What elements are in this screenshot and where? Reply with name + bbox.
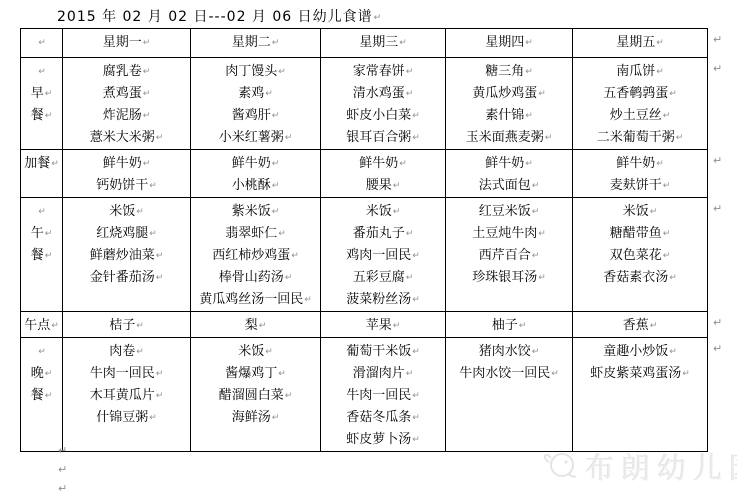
- meal-label-cell: ↵早↵餐↵: [21, 58, 63, 150]
- menu-cell-早餐-day2: 肉丁馒头↵素鸡↵酱鸡肝↵小米红薯粥↵: [191, 58, 321, 150]
- dish-text: 童趣小炒饭: [603, 344, 668, 359]
- dish: 腰果↵: [321, 175, 445, 197]
- dish-text: 葡萄干米饭: [346, 344, 411, 359]
- menu-cell-晚餐-day2: 米饭↵酱爆鸡丁↵醋溜圆白菜↵海鲜汤↵: [191, 338, 321, 452]
- meal-label-char: 餐↵: [21, 105, 62, 127]
- dish-text: 二米葡萄干粥: [597, 130, 675, 145]
- dish-text: 清水鸡蛋: [353, 86, 405, 101]
- meal-label-cell: ↵午↵餐↵: [21, 198, 63, 312]
- paragraph-mark-icon: ↵: [650, 321, 658, 331]
- paragraph-mark-icon: ↵: [272, 181, 280, 191]
- menu-table: ↵星期一↵星期二↵星期三↵星期四↵星期五↵ ↵早↵餐↵腐乳卷↵煮鸡蛋↵炸泥肠↵薏…: [20, 28, 708, 452]
- dish-text: 虾皮紫菜鸡蛋汤: [590, 366, 681, 381]
- paragraph-mark-icon: ↵: [156, 273, 164, 283]
- dish-text: 钙奶饼干: [96, 178, 148, 193]
- blank-line: ↵: [21, 201, 62, 223]
- dish: 黄瓜鸡丝汤一回民↵: [191, 289, 320, 311]
- dish: 菠菜粉丝汤↵: [321, 289, 445, 311]
- dish: 虾皮萝卜汤↵: [321, 429, 445, 451]
- dish: 米饭↵: [321, 201, 445, 223]
- paragraph-mark-icon: ↵: [149, 229, 157, 239]
- paragraph-mark-icon: ↵: [399, 159, 407, 169]
- blank-line: ↵: [21, 61, 62, 83]
- dish-text: 小米红薯粥: [219, 130, 284, 145]
- dish: 薏米大米粥↵: [63, 127, 190, 149]
- dish: 梨↵: [191, 315, 320, 337]
- dish-text: 柚子: [492, 318, 518, 333]
- dish: 牛肉一回民↵: [321, 385, 445, 407]
- dish-text: 米饭: [238, 344, 264, 359]
- dish-text: 鲜牛奶: [103, 156, 142, 171]
- watermark-text: 布朗幼儿园: [585, 446, 737, 487]
- paragraph-mark-icon: ↵: [682, 369, 690, 379]
- dish: 素鸡↵: [191, 83, 320, 105]
- menu-cell-晚餐-day1: 肉卷↵牛肉一回民↵木耳黄瓜片↵什锦豆粥↵: [63, 338, 191, 452]
- dish: 米饭↵: [191, 341, 320, 363]
- meal-row-午点: 午点↵桔子↵梨↵苹果↵柚子↵香蕉↵: [21, 312, 708, 338]
- dish: 二米葡萄干粥↵: [573, 127, 707, 149]
- paragraph-mark-icon: ↵: [551, 369, 559, 379]
- dish: 苹果↵: [321, 315, 445, 337]
- dish-text: 肉丁馒头: [225, 64, 277, 79]
- dish: 清水鸡蛋↵: [321, 83, 445, 105]
- meal-label-char: 晚↵: [21, 363, 62, 385]
- dish: 双色菜花↵: [573, 245, 707, 267]
- day-header-3: 星期三↵: [321, 29, 446, 58]
- dish-text: 金针番茄汤: [90, 270, 155, 285]
- dish: 炸泥肠↵: [63, 105, 190, 127]
- meal-label-char: 餐↵: [21, 385, 62, 407]
- dish-text: 餐: [31, 248, 44, 263]
- paragraph-mark-icon: ↵: [663, 229, 671, 239]
- paragraph-mark-icon: ↵: [532, 181, 540, 191]
- paragraph-mark-icon: ↵: [713, 202, 722, 215]
- dish-text: 香菇冬瓜条: [346, 410, 411, 425]
- dish: 小米红薯粥↵: [191, 127, 320, 149]
- dish: 南瓜饼↵: [573, 61, 707, 83]
- paragraph-mark-icon: ↵: [374, 13, 383, 23]
- paragraph-mark-icon: ↵: [272, 413, 280, 423]
- paragraph-mark-icon: ↵: [45, 111, 53, 121]
- dish: 红烧鸡腿↵: [63, 223, 190, 245]
- paragraph-mark-icon: ↵: [143, 159, 151, 169]
- paragraph-mark-icon: ↵: [393, 321, 401, 331]
- paragraph-mark-icon: ↵: [143, 111, 151, 121]
- paragraph-mark-icon: ↵: [412, 111, 420, 121]
- header-row: ↵星期一↵星期二↵星期三↵星期四↵星期五↵: [21, 29, 708, 58]
- dish: 金针番茄汤↵: [63, 267, 190, 289]
- paragraph-mark-icon: ↵: [532, 207, 540, 217]
- dish-text: 素鸡: [238, 86, 264, 101]
- paragraph-mark-icon: ↵: [143, 67, 151, 77]
- dish-text: 番茄丸子: [353, 226, 405, 241]
- dish-text: 加餐: [24, 156, 50, 171]
- document-page: 2015 年 02 月 02 日---02 月 06 日幼儿食谱↵ ↵星期一↵星…: [0, 0, 737, 493]
- paragraph-mark-icon: ↵: [156, 369, 164, 379]
- paragraph-mark-icon: ↵: [156, 391, 164, 401]
- dish: 钙奶饼干↵: [63, 175, 190, 197]
- paragraph-mark-icon: ↵: [412, 295, 420, 305]
- paragraph-mark-icon: ↵: [38, 347, 46, 357]
- dish-text: 午点: [24, 318, 50, 333]
- dish: 鲜牛奶↵: [321, 153, 445, 175]
- dish-text: 腐乳卷: [103, 64, 142, 79]
- dish: 什锦豆粥↵: [63, 407, 190, 429]
- paragraph-mark-icon: ↵: [669, 347, 677, 357]
- paragraph-mark-icon: ↵: [525, 38, 533, 48]
- dish-text: 炒土豆丝: [610, 108, 662, 123]
- menu-cell-晚餐-day5: 童趣小炒饭↵虾皮紫菜鸡蛋汤↵: [573, 338, 708, 452]
- paragraph-mark-icon: ↵: [143, 38, 151, 48]
- paragraph-mark-icon: ↵: [663, 111, 671, 121]
- dish-text: 虾皮小白菜: [346, 108, 411, 123]
- dish-text: 牛肉水饺一回民: [459, 366, 550, 381]
- dish: 米饭↵: [573, 201, 707, 223]
- dish-text: 梨: [245, 318, 258, 333]
- paragraph-mark-icon: ↵: [45, 89, 53, 99]
- day-header-text: 星期三: [359, 35, 398, 50]
- dish-text: 棒骨山药汤: [219, 270, 284, 285]
- paragraph-mark-icon: ↵: [45, 229, 53, 239]
- paragraph-mark-icon: ↵: [525, 67, 533, 77]
- dish-text: 珍珠银耳汤: [472, 270, 537, 285]
- meal-label-char: 早↵: [21, 83, 62, 105]
- dish-text: 虾皮萝卜汤: [346, 432, 411, 447]
- menu-cell-早餐-day1: 腐乳卷↵煮鸡蛋↵炸泥肠↵薏米大米粥↵: [63, 58, 191, 150]
- dish: 虾皮小白菜↵: [321, 105, 445, 127]
- paragraph-mark-icon: ↵: [412, 391, 420, 401]
- paragraph-mark-icon: ↵: [45, 391, 53, 401]
- menu-table-header: ↵星期一↵星期二↵星期三↵星期四↵星期五↵: [21, 29, 708, 58]
- dish: 童趣小炒饭↵: [573, 341, 707, 363]
- dish-text: 餐: [31, 388, 44, 403]
- menu-cell-晚餐-day3: 葡萄干米饭↵滑溜肉片↵牛肉一回民↵香菇冬瓜条↵虾皮萝卜汤↵: [321, 338, 446, 452]
- dish: 牛肉一回民↵: [63, 363, 190, 385]
- paragraph-mark-icon: ↵: [713, 154, 722, 167]
- dish-text: 素什锦: [485, 108, 524, 123]
- paragraph-mark-icon: ↵: [663, 251, 671, 261]
- dish: 翡翠虾仁↵: [191, 223, 320, 245]
- dish-text: 木耳黄瓜片: [90, 388, 155, 403]
- menu-cell-加餐-day2: 鲜牛奶↵小桃酥↵: [191, 150, 321, 198]
- dish: 鲜牛奶↵: [573, 153, 707, 175]
- dish: 滑溜肉片↵: [321, 363, 445, 385]
- dish-text: 餐: [31, 108, 44, 123]
- dish-text: 紫米饭: [232, 204, 271, 219]
- menu-cell-午餐-day5: 米饭↵糖醋带鱼↵双色菜花↵香菇素衣汤↵: [573, 198, 708, 312]
- dish-text: 南瓜饼: [616, 64, 655, 79]
- dish: 香菇素衣汤↵: [573, 267, 707, 289]
- meal-row-早餐: ↵早↵餐↵腐乳卷↵煮鸡蛋↵炸泥肠↵薏米大米粥↵肉丁馒头↵素鸡↵酱鸡肝↵小米红薯粥…: [21, 58, 708, 150]
- meal-label-cell: 午点↵: [21, 312, 63, 338]
- dish-text: 炸泥肠: [103, 108, 142, 123]
- dish-text: 苹果: [366, 318, 392, 333]
- dish-text: 法式面包: [479, 178, 531, 193]
- paragraph-mark-icon: ↵: [272, 38, 280, 48]
- dish-text: 牛肉一回民: [346, 388, 411, 403]
- meal-label-cell: 加餐↵: [21, 150, 63, 198]
- menu-cell-午点-day2: 梨↵: [191, 312, 321, 338]
- dish-text: 米饭: [366, 204, 392, 219]
- day-header-text: 星期五: [616, 35, 655, 50]
- paragraph-mark-icon: ↵: [38, 67, 46, 77]
- dish-text: 煮鸡蛋: [103, 86, 142, 101]
- dish-text: 什锦豆粥: [96, 410, 148, 425]
- menu-table-body: ↵早↵餐↵腐乳卷↵煮鸡蛋↵炸泥肠↵薏米大米粥↵肉丁馒头↵素鸡↵酱鸡肝↵小米红薯粥…: [21, 58, 708, 452]
- menu-cell-午点-day1: 桔子↵: [63, 312, 191, 338]
- paragraph-mark-icon: ↵: [285, 133, 293, 143]
- meal-row-晚餐: ↵晚↵餐↵肉卷↵牛肉一回民↵木耳黄瓜片↵什锦豆粥↵米饭↵酱爆鸡丁↵醋溜圆白菜↵海…: [21, 338, 708, 452]
- dish-text: 海鲜汤: [232, 410, 271, 425]
- paragraph-mark-icon: ↵: [136, 347, 144, 357]
- dish: 棒骨山药汤↵: [191, 267, 320, 289]
- dish-text: 红豆米饭: [479, 204, 531, 219]
- menu-cell-加餐-day1: 鲜牛奶↵钙奶饼干↵: [63, 150, 191, 198]
- dish: 五香鹌鹑蛋↵: [573, 83, 707, 105]
- paragraph-mark-icon: ↵: [136, 207, 144, 217]
- dish: 柚子↵: [446, 315, 572, 337]
- dish-text: 猪肉水饺: [479, 344, 531, 359]
- dish: 五彩豆腐↵: [321, 267, 445, 289]
- blank-line: ↵: [21, 341, 62, 363]
- dish-text: 银耳百合粥: [346, 130, 411, 145]
- dish: 西红柿炒鸡蛋↵: [191, 245, 320, 267]
- dish: 红豆米饭↵: [446, 201, 572, 223]
- paragraph-mark-icon: ↵: [38, 38, 46, 48]
- dish: 银耳百合粥↵: [321, 127, 445, 149]
- paragraph-mark-icon: ↵: [713, 342, 722, 355]
- dish: 米饭↵: [63, 201, 190, 223]
- corner-cell: ↵: [21, 29, 63, 58]
- dish-text: 桔子: [109, 318, 135, 333]
- paragraph-mark-icon: ↵: [265, 347, 273, 357]
- dish: 家常春饼↵: [321, 61, 445, 83]
- dish: 香菇冬瓜条↵: [321, 407, 445, 429]
- dish-text: 翡翠虾仁: [225, 226, 277, 241]
- menu-cell-晚餐-day4: 猪肉水饺↵牛肉水饺一回民↵: [446, 338, 573, 452]
- paragraph-mark-icon: ↵: [713, 316, 722, 329]
- dish: 麦麸饼干↵: [573, 175, 707, 197]
- paragraph-mark-icon: ↵: [538, 89, 546, 99]
- day-header-text: 星期一: [103, 35, 142, 50]
- paragraph-mark-icon: ↵: [291, 251, 299, 261]
- paragraph-mark-icon: ↵: [656, 67, 664, 77]
- dish: 黄瓜炒鸡蛋↵: [446, 83, 572, 105]
- meal-label-cell: ↵晚↵餐↵: [21, 338, 63, 452]
- paragraph-mark-icon: ↵: [532, 251, 540, 261]
- dish-text: 双色菜花: [610, 248, 662, 263]
- paragraph-mark-icon: ↵: [278, 67, 286, 77]
- menu-cell-午餐-day2: 紫米饭↵翡翠虾仁↵西红柿炒鸡蛋↵棒骨山药汤↵黄瓜鸡丝汤一回民↵: [191, 198, 321, 312]
- paragraph-mark-icon: ↵: [412, 435, 420, 445]
- day-header-5: 星期五↵: [573, 29, 708, 58]
- paragraph-mark-icon: ↵: [45, 251, 53, 261]
- dish: 法式面包↵: [446, 175, 572, 197]
- dish: 鸡肉一回民↵: [321, 245, 445, 267]
- meal-label-char: 午↵: [21, 223, 62, 245]
- dish-text: 家常春饼: [353, 64, 405, 79]
- menu-cell-午餐-day4: 红豆米饭↵土豆炖牛肉↵西芹百合↵珍珠银耳汤↵: [446, 198, 573, 312]
- dish-text: 牛肉一回民: [90, 366, 155, 381]
- paragraph-mark-icon: ↵: [412, 251, 420, 261]
- dish: 葡萄干米饭↵: [321, 341, 445, 363]
- dish: 虾皮紫菜鸡蛋汤↵: [573, 363, 707, 385]
- dish: 炒土豆丝↵: [573, 105, 707, 127]
- paragraph-mark-icon: ↵: [304, 295, 312, 305]
- dish-text: 鲜牛奶: [485, 156, 524, 171]
- paragraph-mark-icon: ↵: [265, 89, 273, 99]
- paragraph-mark-icon: ↵: [272, 111, 280, 121]
- paragraph-mark-icon: ↵: [669, 273, 677, 283]
- paragraph-mark-icon: ↵: [51, 321, 59, 331]
- paragraph-mark-icon: ↵: [278, 369, 286, 379]
- paragraph-mark-icon: ↵: [393, 181, 401, 191]
- page-title-text: 2015 年 02 月 02 日---02 月 06 日幼儿食谱: [57, 9, 373, 25]
- dish-text: 晚: [31, 366, 44, 381]
- paragraph-mark-icon: ↵: [676, 133, 684, 143]
- dish: 醋溜圆白菜↵: [191, 385, 320, 407]
- menu-cell-加餐-day5: 鲜牛奶↵麦麸饼干↵: [573, 150, 708, 198]
- dish-text: 米饭: [109, 204, 135, 219]
- paragraph-mark-icon: ↵: [669, 89, 677, 99]
- dish: 珍珠银耳汤↵: [446, 267, 572, 289]
- dish: 鲜牛奶↵: [446, 153, 572, 175]
- dish-text: 肉卷: [109, 344, 135, 359]
- dish: 玉米面燕麦粥↵: [446, 127, 572, 149]
- day-header-text: 星期四: [485, 35, 524, 50]
- dish: 糖醋带鱼↵: [573, 223, 707, 245]
- menu-cell-早餐-day3: 家常春饼↵清水鸡蛋↵虾皮小白菜↵银耳百合粥↵: [321, 58, 446, 150]
- day-header-2: 星期二↵: [191, 29, 321, 58]
- paragraph-mark-icon: ↵: [156, 133, 164, 143]
- menu-cell-加餐-day4: 鲜牛奶↵法式面包↵: [446, 150, 573, 198]
- paragraph-mark-icon: ↵: [136, 321, 144, 331]
- dish: 鲜牛奶↵: [191, 153, 320, 175]
- dish-text: 玉米面燕麦粥: [466, 130, 544, 145]
- dish-text: 米饭: [623, 204, 649, 219]
- dish-text: 黄瓜鸡丝汤一回民: [199, 292, 303, 307]
- dish-text: 鲜牛奶: [616, 156, 655, 171]
- dish: 木耳黄瓜片↵: [63, 385, 190, 407]
- menu-cell-早餐-day5: 南瓜饼↵五香鹌鹑蛋↵炒土豆丝↵二米葡萄干粥↵: [573, 58, 708, 150]
- meal-label-char: 餐↵: [21, 245, 62, 267]
- paragraph-mark-icon: ↵: [650, 207, 658, 217]
- dish-text: 鲜牛奶: [232, 156, 271, 171]
- paragraph-mark-icon: ↵: [149, 413, 157, 423]
- paragraph-mark-icon: ↵: [259, 321, 267, 331]
- dish-text: 早: [31, 86, 44, 101]
- paragraph-mark-icon: ↵: [663, 181, 671, 191]
- paragraph-mark-icon: ↵: [713, 62, 722, 75]
- paragraph-mark-icon: ↵: [656, 159, 664, 169]
- paragraph-mark-icon: ↵: [38, 207, 46, 217]
- paragraph-mark-icon: ↵: [58, 444, 67, 457]
- dish-text: 酱鸡肝: [232, 108, 271, 123]
- dish-text: 五彩豆腐: [353, 270, 405, 285]
- dish: 酱鸡肝↵: [191, 105, 320, 127]
- paragraph-mark-icon: ↵: [713, 33, 722, 46]
- day-header-4: 星期四↵: [446, 29, 573, 58]
- dish: 煮鸡蛋↵: [63, 83, 190, 105]
- paragraph-mark-icon: ↵: [525, 159, 533, 169]
- dish: 海鲜汤↵: [191, 407, 320, 429]
- menu-cell-午餐-day3: 米饭↵番茄丸子↵鸡肉一回民↵五彩豆腐↵菠菜粉丝汤↵: [321, 198, 446, 312]
- dish-text: 滑溜肉片: [353, 366, 405, 381]
- paragraph-mark-icon: ↵: [278, 229, 286, 239]
- dish-text: 黄瓜炒鸡蛋: [472, 86, 537, 101]
- menu-cell-午点-day3: 苹果↵: [321, 312, 446, 338]
- paragraph-mark-icon: ↵: [406, 89, 414, 99]
- paragraph-mark-icon: ↵: [412, 413, 420, 423]
- dish: 鲜牛奶↵: [63, 153, 190, 175]
- dish-text: 薏米大米粥: [90, 130, 155, 145]
- dish-text: 五香鹌鹑蛋: [603, 86, 668, 101]
- menu-cell-午点-day5: 香蕉↵: [573, 312, 708, 338]
- dish-text: 糖三角: [485, 64, 524, 79]
- menu-cell-早餐-day4: 糖三角↵黄瓜炒鸡蛋↵素什锦↵玉米面燕麦粥↵: [446, 58, 573, 150]
- meal-row-午餐: ↵午↵餐↵米饭↵红烧鸡腿↵鲜蘑炒油菜↵金针番茄汤↵紫米饭↵翡翠虾仁↵西红柿炒鸡蛋…: [21, 198, 708, 312]
- dish: 紫米饭↵: [191, 201, 320, 223]
- paragraph-mark-icon: ↵: [406, 229, 414, 239]
- dish-text: 香菇素衣汤: [603, 270, 668, 285]
- menu-cell-加餐-day3: 鲜牛奶↵腰果↵: [321, 150, 446, 198]
- menu-cell-午餐-day1: 米饭↵红烧鸡腿↵鲜蘑炒油菜↵金针番茄汤↵: [63, 198, 191, 312]
- dish-text: 腰果: [366, 178, 392, 193]
- dish: 素什锦↵: [446, 105, 572, 127]
- dish-text: 鲜蘑炒油菜: [90, 248, 155, 263]
- dish: 糖三角↵: [446, 61, 572, 83]
- paragraph-mark-icon: ↵: [412, 133, 420, 143]
- dish-text: 西芹百合: [479, 248, 531, 263]
- watermark: 布朗幼儿园: [543, 446, 737, 487]
- page-title: 2015 年 02 月 02 日---02 月 06 日幼儿食谱↵: [57, 6, 382, 26]
- dish: 猪肉水饺↵: [446, 341, 572, 363]
- paragraph-mark-icon: ↵: [272, 207, 280, 217]
- paragraph-mark-icon: ↵: [58, 482, 67, 493]
- dish-text: 菠菜粉丝汤: [346, 292, 411, 307]
- dish: 桔子↵: [63, 315, 190, 337]
- dish-text: 西红柿炒鸡蛋: [212, 248, 290, 263]
- paragraph-mark-icon: ↵: [406, 273, 414, 283]
- paragraph-mark-icon: ↵: [272, 159, 280, 169]
- paragraph-mark-icon: ↵: [51, 159, 59, 169]
- dish: 鲜蘑炒油菜↵: [63, 245, 190, 267]
- dish-text: 红烧鸡腿: [96, 226, 148, 241]
- paragraph-mark-icon: ↵: [156, 251, 164, 261]
- dish: 肉卷↵: [63, 341, 190, 363]
- paragraph-mark-icon: ↵: [149, 181, 157, 191]
- day-header-text: 星期二: [232, 35, 271, 50]
- paragraph-mark-icon: ↵: [58, 463, 67, 476]
- dish: 腐乳卷↵: [63, 61, 190, 83]
- paragraph-mark-icon: ↵: [532, 347, 540, 357]
- paragraph-mark-icon: ↵: [285, 273, 293, 283]
- dish-text: 午: [31, 226, 44, 241]
- dish: 酱爆鸡丁↵: [191, 363, 320, 385]
- bear-face-logo-icon: [543, 448, 579, 486]
- paragraph-mark-icon: ↵: [656, 38, 664, 48]
- dish: 牛肉水饺一回民↵: [446, 363, 572, 385]
- dish: 西芹百合↵: [446, 245, 572, 267]
- dish-text: 香蕉: [623, 318, 649, 333]
- paragraph-mark-icon: ↵: [399, 38, 407, 48]
- day-header-1: 星期一↵: [63, 29, 191, 58]
- dish-text: 土豆炖牛肉: [472, 226, 537, 241]
- dish: 肉丁馒头↵: [191, 61, 320, 83]
- paragraph-mark-icon: ↵: [45, 369, 53, 379]
- paragraph-mark-icon: ↵: [412, 347, 420, 357]
- dish-text: 鲜牛奶: [359, 156, 398, 171]
